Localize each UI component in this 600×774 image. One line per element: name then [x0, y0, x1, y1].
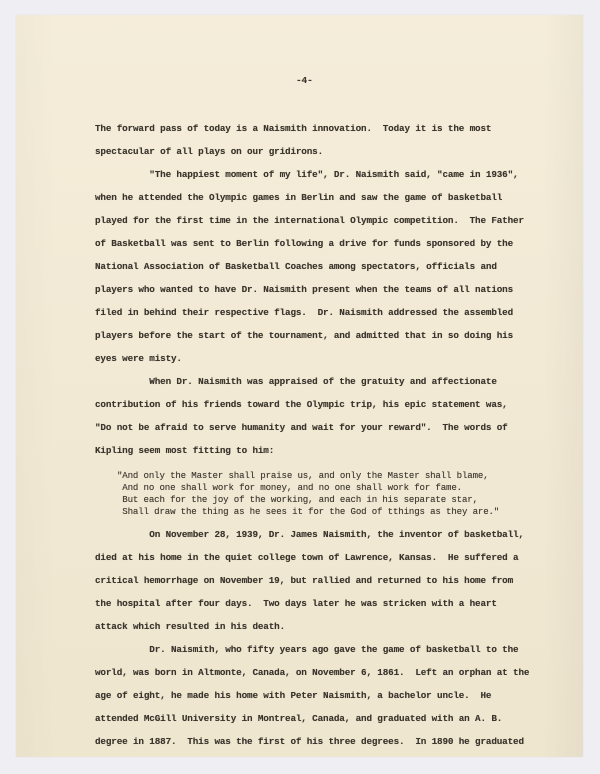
text-line: contribution of his friends toward the O…: [95, 399, 508, 410]
quote-line: But each for the joy of the working, and…: [117, 494, 478, 505]
text-line: when he attended the Olympic games in Be…: [95, 192, 502, 203]
text-line: attended McGill University in Montreal, …: [95, 713, 502, 724]
text-line: The forward pass of today is a Naismith …: [95, 123, 491, 134]
text-line: On November 28, 1939, Dr. James Naismith…: [95, 529, 524, 540]
text-line: Kipling seem most fitting to him:: [95, 445, 274, 456]
quote-line: And no one shall work for money, and no …: [117, 482, 462, 493]
text-line: age of eight, he made his home with Pete…: [95, 690, 491, 701]
typewritten-page: -4- The forward pass of today is a Naism…: [16, 15, 583, 757]
text-line: of Basketball was sent to Berlin followi…: [95, 238, 513, 249]
text-line: spectacular of all plays on our gridiron…: [95, 146, 323, 157]
text-line: attack which resulted in his death.: [95, 621, 285, 632]
text-line: players who wanted to have Dr. Naismith …: [95, 284, 513, 295]
text-line: National Association of Basketball Coach…: [95, 261, 497, 272]
text-line: the hospital after four days. Two days l…: [95, 598, 497, 609]
text-line: When Dr. Naismith was appraised of the g…: [95, 376, 497, 387]
text-line: critical hemorrhage on November 19, but …: [95, 575, 513, 586]
quote-line: Shall draw the thing as he sees it for t…: [117, 506, 499, 517]
quote-line: "And only the Master shall praise us, an…: [117, 470, 489, 481]
text-line: "Do not be afraid to serve humanity and …: [95, 422, 508, 433]
text-line: played for the first time in the interna…: [95, 215, 524, 226]
text-line: players before the start of the tourname…: [95, 330, 513, 341]
text-line: died at his home in the quiet college to…: [95, 552, 518, 563]
text-line: degree in 1887. This was the first of hi…: [95, 736, 524, 747]
text-line: world, was born in Altmonte, Canada, on …: [95, 667, 529, 678]
text-line: Dr. Naismith, who fifty years ago gave t…: [95, 644, 518, 655]
text-line: filed in behind their respective flags. …: [95, 307, 513, 318]
text-line: "The happiest moment of my life", Dr. Na…: [95, 169, 518, 180]
text-line: eyes were misty.: [95, 353, 182, 364]
page-number: -4-: [296, 75, 313, 86]
